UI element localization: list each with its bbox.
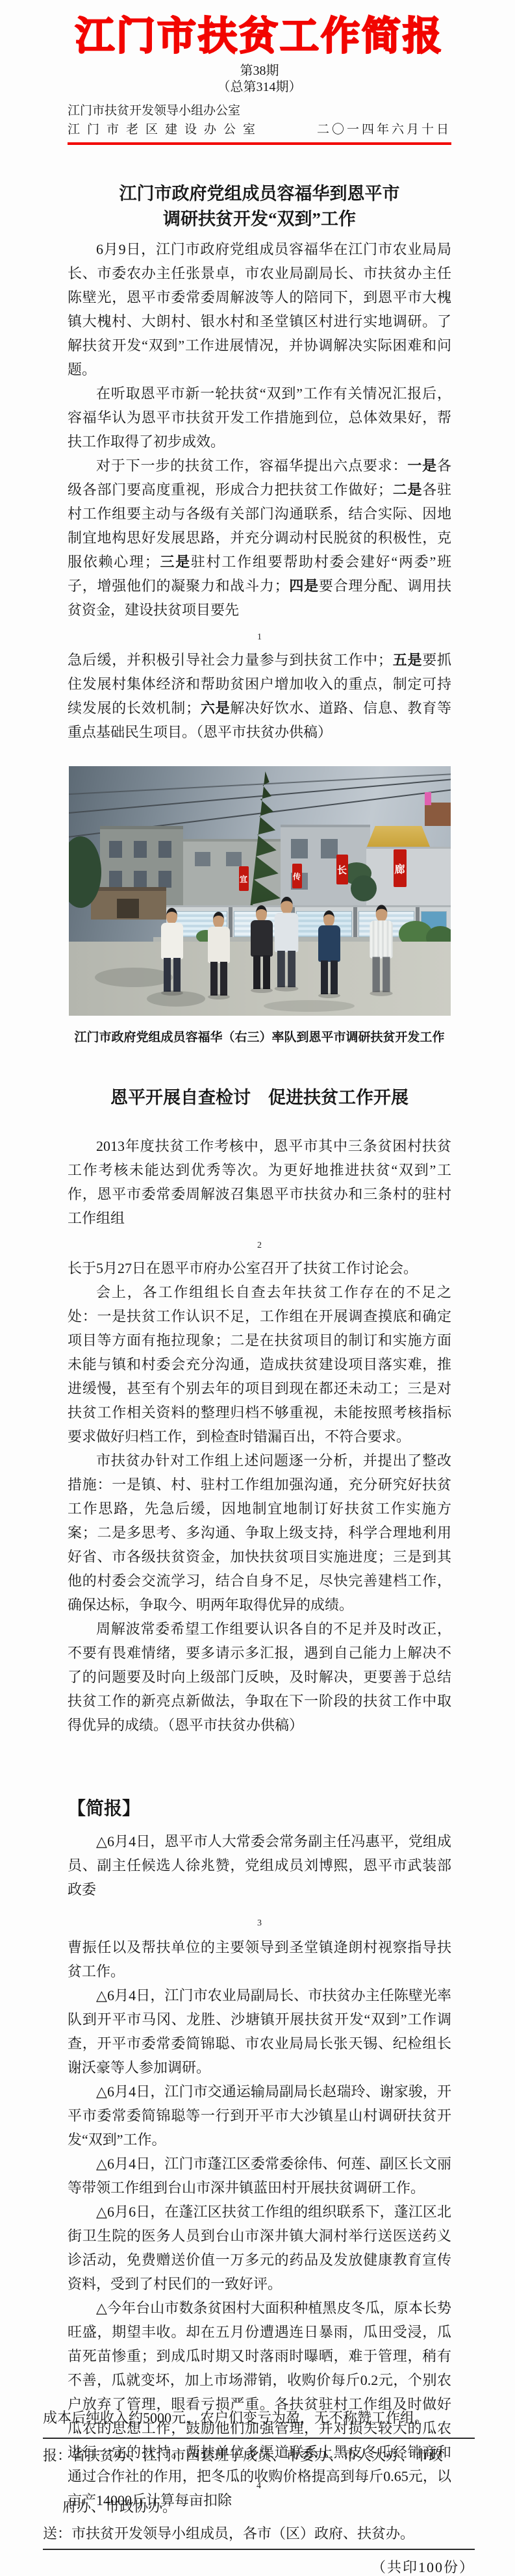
org-line-2: 江门市老区建设办公室 bbox=[68, 120, 262, 139]
pavilion-roof bbox=[362, 826, 435, 848]
person-official-1 bbox=[160, 908, 184, 992]
article1-title: 江门市政府党组成员容福华到恩平市 调研扶贫开发“双到”工作 bbox=[68, 181, 451, 232]
page-number-3: 3 bbox=[68, 1918, 451, 1929]
bulletin-page: 江门市扶贫工作简报 第38期 （总第314期） 江门市扶贫开发领导小组办公室 江… bbox=[0, 0, 515, 2576]
shed bbox=[91, 887, 166, 920]
palm-tree bbox=[351, 875, 377, 901]
photo: 长 廊 传 宜 bbox=[69, 766, 451, 1016]
cumulative-issue-number: （总第314期） bbox=[68, 79, 451, 96]
masthead-info-row: 江门市扶贫开发领导小组办公室 江门市老区建设办公室 二〇一四年六月十日 bbox=[68, 101, 451, 139]
distribution-footer: 成本后纯收入约5000元，农户们变亏为盈，无不称赞工作组。 报：省扶贫办、江门市… bbox=[43, 2406, 475, 2576]
article1-title-line1: 江门市政府党组成员容福华到恩平市 bbox=[68, 181, 451, 207]
building-far-right-roof bbox=[425, 803, 451, 826]
bulletin-masthead-title: 江门市扶贫工作简报 bbox=[68, 14, 451, 58]
sign-char: 廊 bbox=[394, 861, 405, 876]
article1-paragraph: 在听取恩平市新一轮扶贫“双到”工作有关情况汇报后，容福华认为恩平市扶贫开发工作措… bbox=[68, 381, 451, 454]
brief-item: △6月4日，江门市交通运输局副局长赵瑞玲、谢家骏，开平市委常委简锦聪等一行到开平… bbox=[68, 2080, 451, 2152]
article2-paragraph: 2013年度扶贫工作考核中，恩平市其中三条贫困村扶贫工作考核未能达到优秀等次。为… bbox=[68, 1134, 451, 1230]
article1-paragraph: 对于下一步的扶贫工作，容福华提出六点要求：一是各级各部门要高度重视，形成合力把扶… bbox=[68, 454, 451, 622]
report-to-line: 报：省扶贫办、江门市四套班子成员、市委办、市人大办、市政 bbox=[43, 2445, 475, 2466]
photo-caption: 江门市政府党组成员容福华（右三）率队到恩平市调研扶贫开发工作 bbox=[68, 1027, 451, 1045]
brief-item: △6月4日，江门市蓬江区委常委徐伟、何莲、副区长文丽等带领工作组到台山市深井镇蓝… bbox=[68, 2152, 451, 2200]
building-right bbox=[366, 847, 451, 914]
red-sign-chang: 长 bbox=[336, 855, 348, 884]
brief-item: △6月4日，恩平市人大常委会常务副主任冯惠平，党组成员、副主任候选人徐兆赞，党组… bbox=[68, 1829, 451, 1901]
person-rong-fuhua bbox=[273, 897, 299, 987]
issue-date: 二〇一四年六月十日 bbox=[317, 120, 451, 139]
send-to-line: 送：市扶贫开发领导小组成员，各市（区）政府、扶贫办。 bbox=[43, 2523, 475, 2544]
article2-paragraph: 市扶贫办针对工作组上述问题逐一分析，并提出了整改措施：一是镇、村、驻村工作组加强… bbox=[68, 1449, 451, 1617]
page-number-1: 1 bbox=[68, 632, 451, 643]
pink-flag bbox=[425, 792, 431, 805]
article2-paragraph: 会上，各工作组组长自查去年扶贫工作存在的不足之处：一是扶贫工作认识不足，工作组在… bbox=[68, 1280, 451, 1449]
person-official-2 bbox=[207, 912, 231, 996]
article2-paragraph-continued: 长于5月27日在恩平市府办公室召开了扶贫工作讨论会。 bbox=[68, 1256, 451, 1280]
person-official-6 bbox=[368, 905, 394, 992]
person-official-3 bbox=[249, 905, 274, 989]
sign-char: 宜 bbox=[240, 873, 247, 884]
brief-item-continued: 曹振任以及帮扶单位的主要领导到圣堂镇逄朗村视察指导扶贫工作。 bbox=[68, 1935, 451, 1983]
sign-char: 传 bbox=[293, 871, 301, 882]
article1-paragraph: 6月9日，江门市政府党组成员容福华在江门市农业局局长、市委农办主任张景卓，市农业… bbox=[68, 237, 451, 381]
red-sign-yi: 宜 bbox=[239, 866, 249, 891]
report-to-line-continued: 府办、市政协办。 bbox=[43, 2497, 475, 2517]
print-count: （共印100份） bbox=[43, 2557, 475, 2576]
brief-item: △6月6日，在蓬江区扶贫工作组的组织联系下，蓬江区北街卫生院的医务人员到台山市深… bbox=[68, 2200, 451, 2296]
footer-rule-top bbox=[43, 2438, 475, 2439]
page-number-4: 4 bbox=[43, 2481, 475, 2492]
brief-item-continued: 成本后纯收入约5000元，农户们变亏为盈，无不称赞工作组。 bbox=[43, 2406, 475, 2430]
masthead-rule bbox=[68, 142, 451, 145]
article1-title-line2: 调研扶贫开发“双到”工作 bbox=[68, 207, 451, 232]
briefs-section-header: 【简报】 bbox=[68, 1794, 451, 1820]
issue-number: 第38期 bbox=[68, 63, 451, 79]
red-sign-chuan: 传 bbox=[292, 864, 302, 888]
page-number-2: 2 bbox=[68, 1241, 451, 1251]
person-official-5 bbox=[317, 910, 342, 994]
sign-char: 长 bbox=[337, 863, 347, 877]
article1-paragraph-continued: 急后缓，并积极引导社会力量参与到扶贫工作中；五是要抓住发展村集体经济和帮助贫困户… bbox=[68, 648, 451, 744]
brief-item: △6月4日，江门市农业局副局长、市扶贫办主任陈壁光率队到开平市马冈、龙胜、沙塘镇… bbox=[68, 1983, 451, 2080]
article2-paragraph: 周解波常委希望工作组要认识各自的不足并及时改正，不要有畏难情绪，要多请示多汇报，… bbox=[68, 1617, 451, 1737]
footer-rule-bottom bbox=[43, 2549, 475, 2550]
power-line bbox=[69, 776, 451, 816]
org-line-1: 江门市扶贫开发领导小组办公室 bbox=[68, 101, 262, 120]
article2-title: 恩平开展自查检讨 促进扶贫工作开展 bbox=[68, 1085, 451, 1111]
issuing-orgs: 江门市扶贫开发领导小组办公室 江门市老区建设办公室 bbox=[68, 101, 262, 139]
red-sign-lang: 廊 bbox=[394, 849, 407, 887]
